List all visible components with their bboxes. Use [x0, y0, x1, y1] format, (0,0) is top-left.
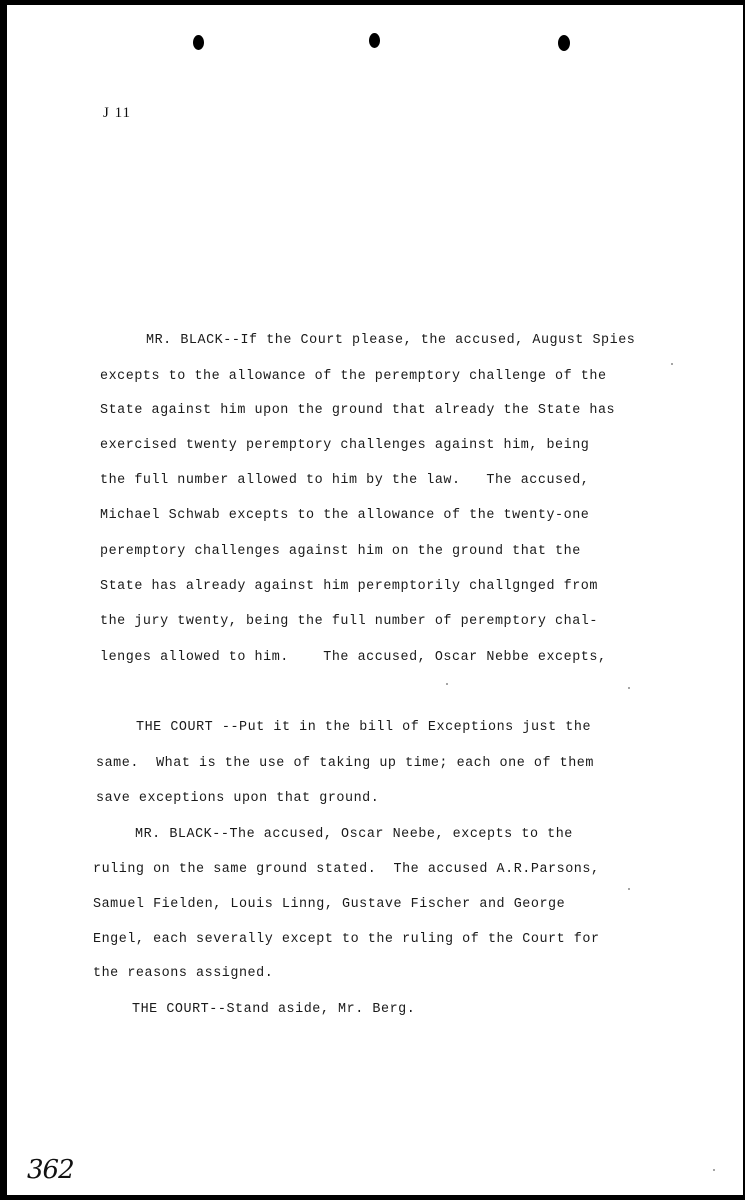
paragraph-1-line-3: State against him upon the ground that a… — [100, 403, 615, 418]
scan-speck — [628, 888, 630, 890]
scan-speck — [628, 687, 630, 689]
paragraph-1-line-9: the jury twenty, being the full number o… — [100, 614, 598, 629]
paragraph-1-line-2: excepts to the allowance of the perempto… — [100, 369, 607, 384]
page-marker: J 11 — [103, 105, 131, 122]
scan-speck — [713, 1169, 715, 1171]
punch-hole-left — [193, 35, 204, 50]
paragraph-3-line-5: the reasons assigned. — [93, 966, 273, 981]
punch-hole-right — [558, 35, 570, 51]
paragraph-2-line-1: THE COURT --Put it in the bill of Except… — [136, 720, 591, 735]
paragraph-1-line-1: MR. BLACK--If the Court please, the accu… — [146, 333, 635, 348]
paragraph-3-line-2: ruling on the same ground stated. The ac… — [93, 862, 600, 877]
paragraph-4-line-1: THE COURT--Stand aside, Mr. Berg. — [132, 1002, 415, 1017]
paragraph-1-line-4: exercised twenty peremptory challenges a… — [100, 438, 589, 453]
paragraph-2-line-3: save exceptions upon that ground. — [96, 791, 379, 806]
paragraph-1-line-5: the full number allowed to him by the la… — [100, 473, 589, 488]
paragraph-3-line-1: MR. BLACK--The accused, Oscar Neebe, exc… — [135, 827, 573, 842]
paragraph-3-line-3: Samuel Fielden, Louis Linng, Gustave Fis… — [93, 897, 565, 912]
scan-speck — [671, 363, 673, 365]
document-page: J 11 MR. BLACK--If the Court please, the… — [7, 5, 743, 1195]
scan-speck — [446, 683, 448, 685]
handwritten-page-number: 362 — [27, 1155, 74, 1185]
paragraph-1-line-10: lenges allowed to him. The accused, Osca… — [100, 650, 607, 665]
paragraph-1-line-7: peremptory challenges against him on the… — [100, 544, 581, 559]
paragraph-1-line-8: State has already against him peremptori… — [100, 579, 598, 594]
paragraph-3-line-4: Engel, each severally except to the ruli… — [93, 932, 600, 947]
paragraph-2-line-2: same. What is the use of taking up time;… — [96, 756, 594, 771]
punch-hole-center — [369, 33, 380, 48]
paragraph-1-line-6: Michael Schwab excepts to the allowance … — [100, 508, 589, 523]
